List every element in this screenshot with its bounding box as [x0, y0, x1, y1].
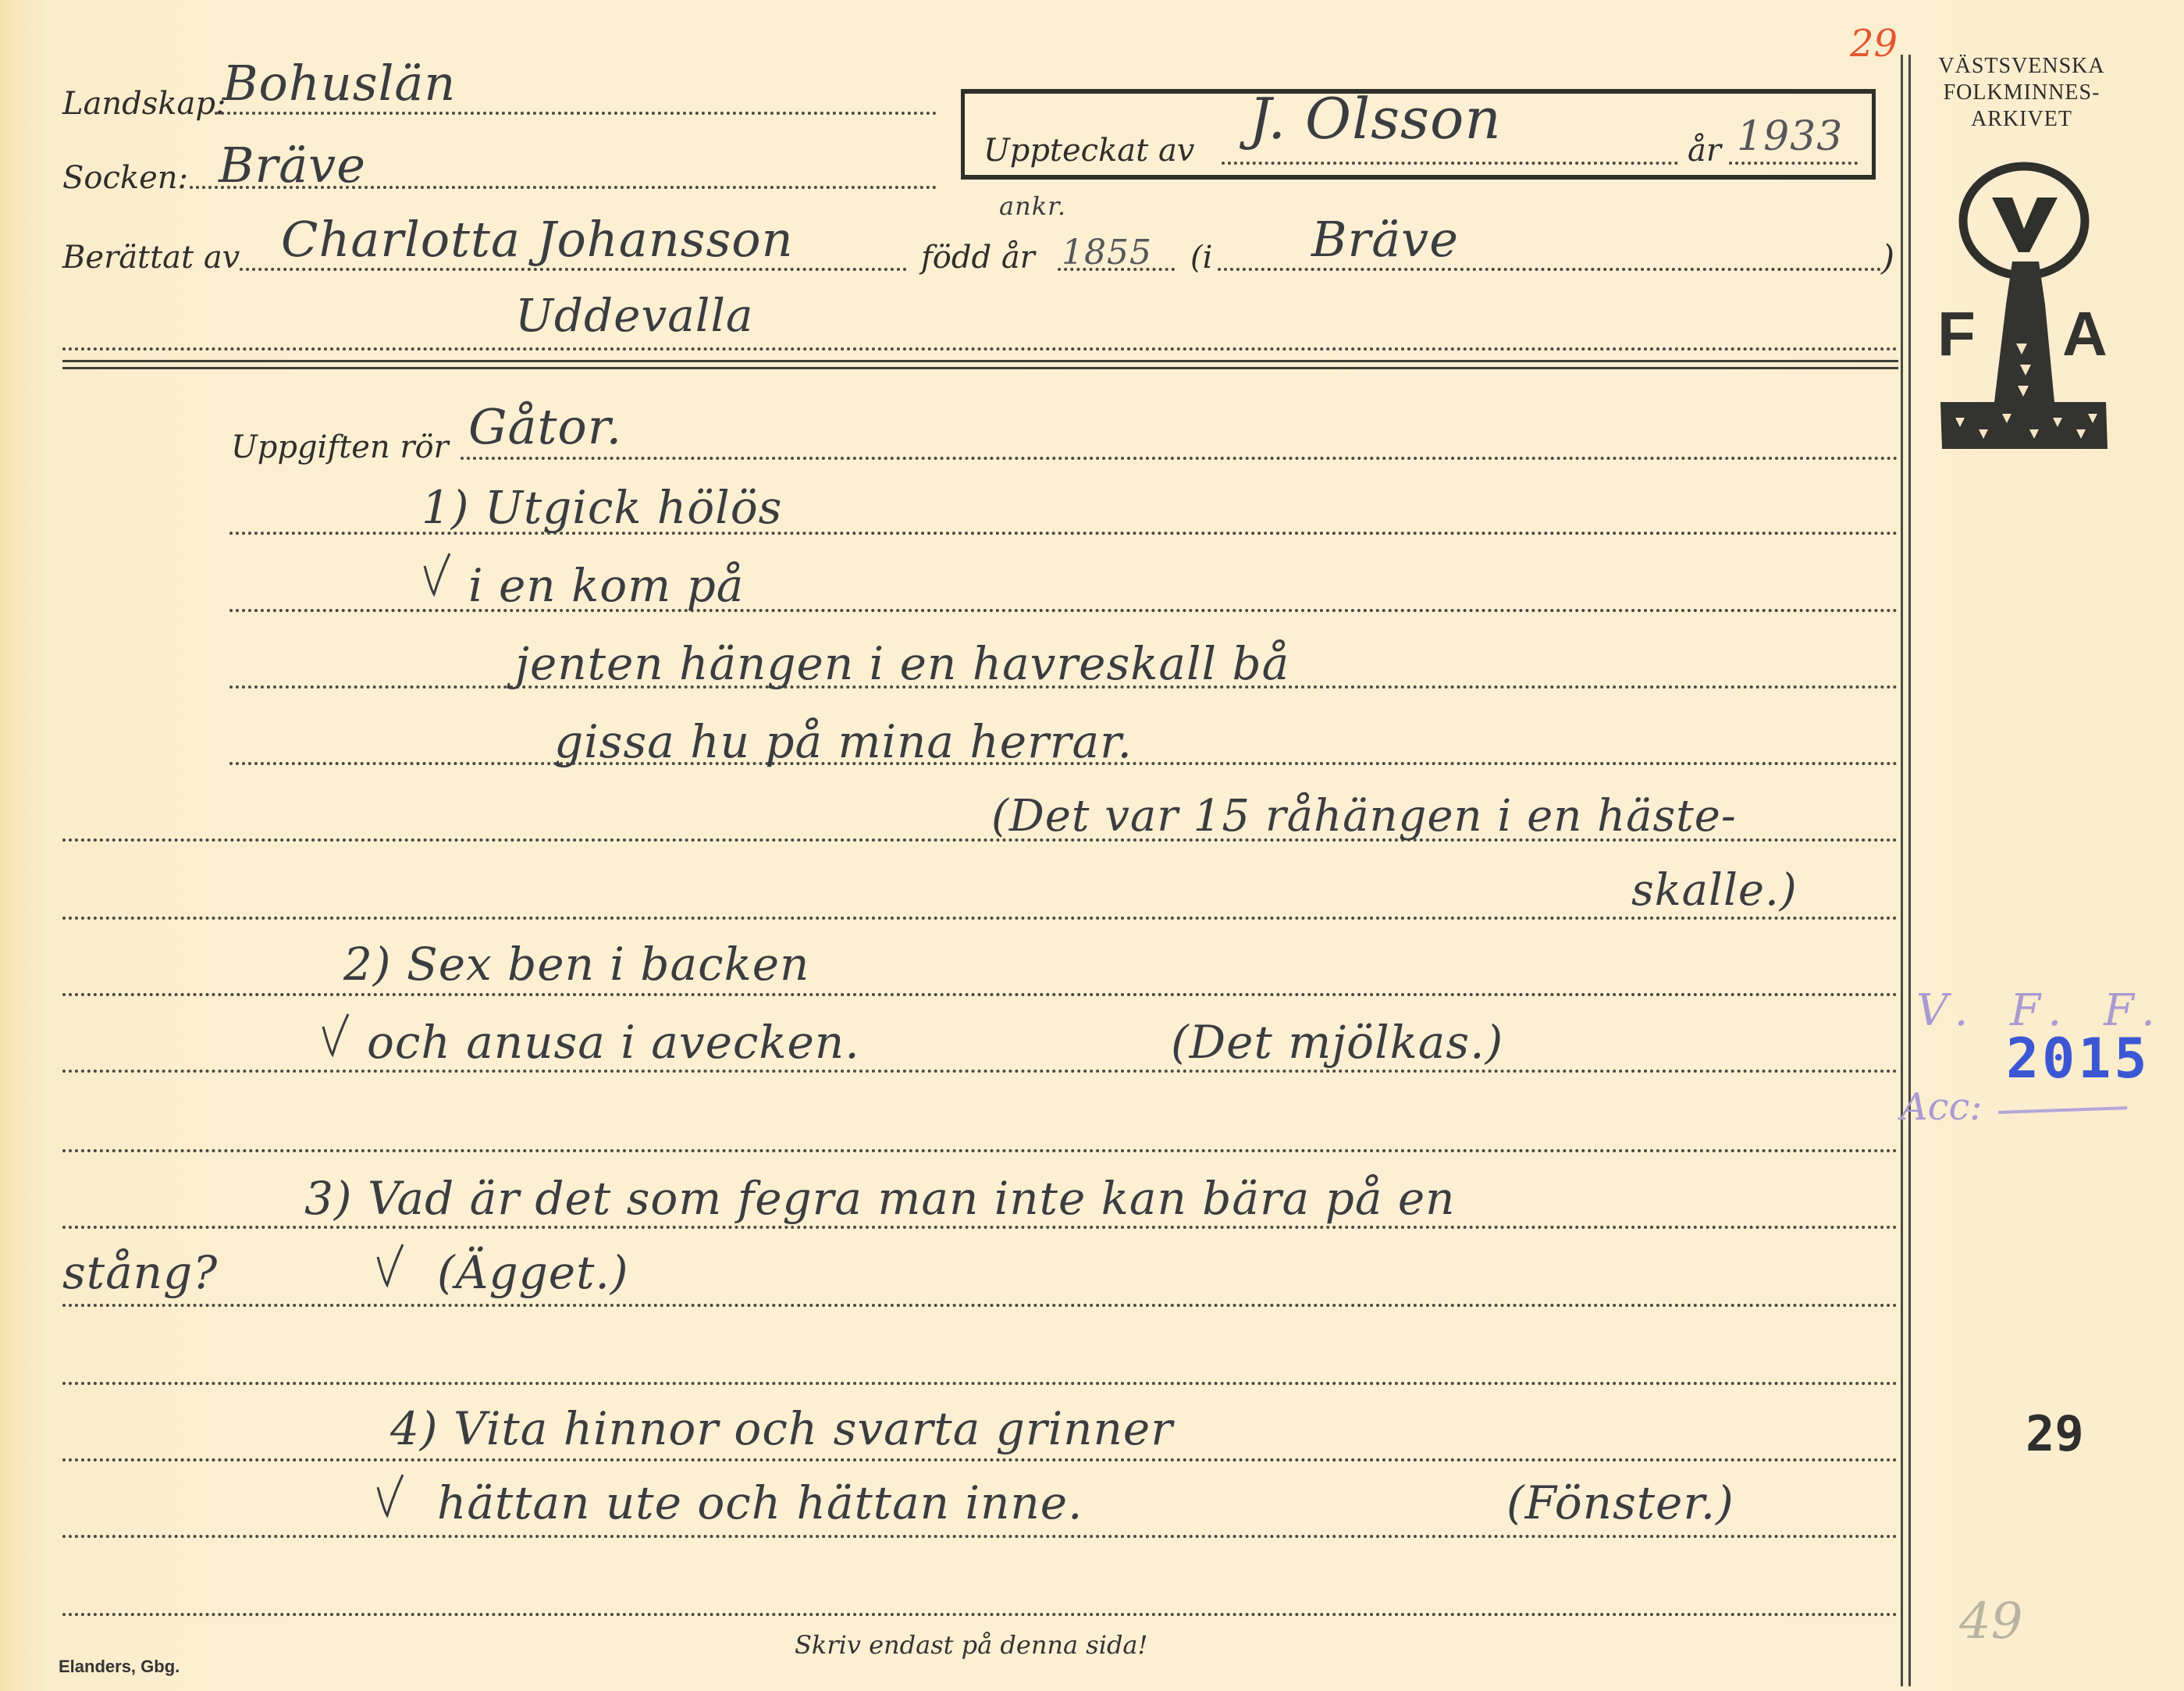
handwritten-line: 4) Vita hinnor och svarta grinner: [390, 1402, 1173, 1455]
ruled-line: [62, 917, 1898, 920]
berattat-av-value[interactable]: Charlotta Johansson: [281, 211, 794, 268]
handwritten-line: 3) Vad är det som fegra man inte kan bär…: [304, 1172, 1456, 1225]
emblem-letter-f: F: [1937, 299, 1976, 368]
berattat-av-label: Berättat av: [62, 240, 240, 276]
printer-imprint: Elanders, Gbg.: [59, 1657, 180, 1677]
handwritten-line: skalle.): [1631, 865, 1798, 916]
landskap-field-line: [215, 112, 937, 115]
berattat-av-residence[interactable]: Uddevalla: [515, 289, 754, 342]
page-number: 29: [2026, 1405, 2084, 1462]
socken-label: Socken:: [62, 160, 188, 196]
header-rule-2: [62, 367, 1898, 369]
handwritten-line: 2) Sex ben i backen: [343, 938, 809, 991]
ruled-line: [62, 1304, 1898, 1307]
handwritten-line: och anusa i avecken.: [367, 1016, 860, 1069]
uppgiften-label: Uppgiften rör: [231, 429, 449, 465]
divider-line-2: [1908, 55, 1911, 1686]
socken-value[interactable]: Bräve: [219, 137, 366, 194]
ruled-line: [62, 993, 1898, 996]
fodd-note: ankr.: [999, 191, 1066, 221]
header-rule-1: [62, 360, 1898, 362]
check-mark-icon: [375, 1241, 406, 1288]
uppteck-av-label: Uppteckat av: [984, 133, 1194, 169]
handwritten-line: 1) Utgick hölös: [422, 481, 782, 534]
ruled-line: [62, 1149, 1898, 1152]
uppgiften-field-line: [461, 457, 1898, 460]
red-page-number: 29: [1850, 22, 1898, 66]
ruled-line: [62, 1613, 1898, 1616]
emblem-letter-a: A: [2062, 299, 2108, 368]
fodd-ar-label: född år: [921, 240, 1035, 276]
stamp-acc-underline: [1998, 1106, 2127, 1114]
handwritten-line: hättan ute och hättan inne.: [437, 1476, 1083, 1529]
uppgiften-value[interactable]: Gåtor.: [468, 398, 622, 455]
ruled-line: [62, 1535, 1898, 1538]
footer-instruction: Skriv endast på denna sida!: [795, 1630, 1147, 1660]
ruled-line: [62, 1070, 1898, 1073]
check-mark-icon: [422, 550, 453, 597]
thors-hammer-emblem-icon: F A: [1920, 160, 2123, 472]
archive-name-line1: VÄSTSVENSKA: [1912, 53, 2131, 80]
ruled-line: [62, 1458, 1898, 1461]
pencil-number: 49: [1959, 1593, 2022, 1650]
uppteck-av-field-line: [1222, 162, 1678, 165]
ruled-line: [62, 1382, 1898, 1385]
fodd-plats-label: (i: [1190, 240, 1212, 276]
handwritten-line: jenten hängen i en havreskall bå: [515, 637, 1289, 690]
landskap-label: Landskap:: [62, 86, 226, 122]
handwritten-line: i en kom på: [468, 559, 744, 612]
stamp-acc-label: Acc:: [1901, 1085, 1983, 1129]
archive-name: VÄSTSVENSKA FOLKMINNES- ARKIVET: [1912, 53, 2131, 133]
ar-label: år: [1688, 133, 1721, 169]
ar-field-line: [1729, 162, 1858, 165]
berattat-av-field-line: [240, 268, 907, 271]
accession-number: 2015: [2006, 1027, 2150, 1091]
check-mark-icon: [320, 1011, 351, 1058]
fodd-plats-value[interactable]: Bräve: [1311, 211, 1459, 268]
handwritten-line: (Det var 15 råhängen i en häste-: [991, 791, 1737, 842]
header-dotted-line: [62, 347, 1898, 351]
ruled-line: [62, 1226, 1898, 1229]
fodd-ar-value[interactable]: 1855: [1062, 233, 1152, 272]
fodd-plats-field-line: [1218, 268, 1881, 271]
handwritten-line: (Fönster.): [1506, 1476, 1734, 1529]
handwritten-line: (Det mjölkas.): [1171, 1016, 1503, 1069]
uppteck-av-value[interactable]: J. Olsson: [1249, 86, 1502, 151]
handwritten-line: gissa hu på mina herrar.: [554, 715, 1133, 768]
check-mark-icon: [375, 1472, 406, 1518]
ar-value[interactable]: 1933: [1737, 113, 1843, 160]
close-paren: ): [1881, 238, 1894, 278]
archive-name-line2: FOLKMINNES-: [1912, 80, 2131, 106]
archive-name-line3: ARKIVET: [1912, 106, 2131, 133]
handwritten-line: (Ägget.): [437, 1246, 628, 1299]
landskap-value[interactable]: Bohuslän: [222, 55, 456, 112]
handwritten-line: stång?: [62, 1246, 218, 1299]
divider-line-1: [1901, 55, 1903, 1686]
